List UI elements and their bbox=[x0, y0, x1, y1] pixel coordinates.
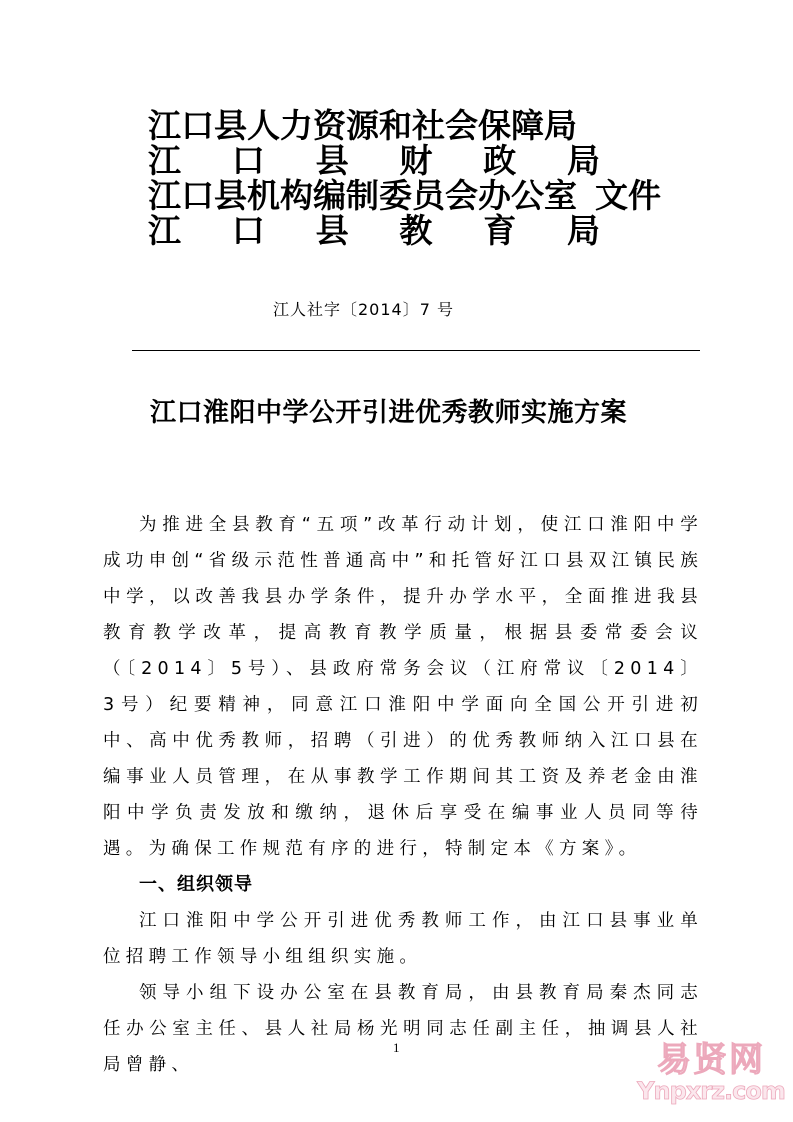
page-number: 1 bbox=[393, 1040, 400, 1056]
watermark-logo-text: 易贤网 bbox=[636, 1042, 786, 1078]
body-paragraph: 领导小组下设办公室在县教育局，由县教育局秦杰同志任办公室主任、县人社局杨光明同志… bbox=[103, 975, 703, 1083]
issuer-education-bureau: 江 口 县 教 育 局 bbox=[148, 213, 600, 248]
issuer-name: 江口县机构编制委员会办公室 bbox=[148, 178, 577, 213]
document-title: 江口淮阳中学公开引进优秀教师实施方案 bbox=[150, 392, 627, 429]
watermark-domain-text: Ynpxrz.com bbox=[636, 1078, 786, 1104]
section-heading: 一、组织领导 bbox=[103, 867, 703, 903]
document-number: 江人社字〔2014〕7 号 bbox=[273, 297, 454, 320]
header-divider bbox=[132, 350, 700, 351]
site-watermark: 易贤网 Ynpxrz.com bbox=[636, 1042, 786, 1104]
issuer-char: 局 bbox=[567, 213, 600, 248]
issuing-authorities-header: 江口县人力资源和社会保障局 江 口 县 财 政 局 江口县机构编制委员会办公室 … bbox=[148, 108, 661, 248]
document-suffix: 文件 bbox=[595, 178, 661, 213]
issuer-char: 口 bbox=[232, 213, 265, 248]
issuer-char: 政 bbox=[483, 143, 516, 178]
intro-paragraph: 为推进全县教育“五项”改革行动计划，使江口淮阳中学成功申创“省级示范性普通高中”… bbox=[103, 507, 703, 867]
issuer-char: 县 bbox=[316, 143, 349, 178]
issuer-char: 江 bbox=[148, 213, 181, 248]
issuer-char: 财 bbox=[399, 143, 432, 178]
document-body: 为推进全县教育“五项”改革行动计划，使江口淮阳中学成功申创“省级示范性普通高中”… bbox=[103, 507, 703, 1083]
issuer-staffing-committee: 江口县机构编制委员会办公室 文件 bbox=[148, 178, 661, 213]
issuer-char: 县 bbox=[316, 213, 349, 248]
issuer-finance-bureau: 江 口 县 财 政 局 bbox=[148, 143, 600, 178]
issuer-hrss-bureau: 江口县人力资源和社会保障局 bbox=[148, 108, 661, 143]
issuer-char: 口 bbox=[232, 143, 265, 178]
issuer-char: 江 bbox=[148, 143, 181, 178]
body-paragraph: 江口淮阳中学公开引进优秀教师工作，由江口县事业单位招聘工作领导小组组织实施。 bbox=[103, 903, 703, 975]
issuer-char: 育 bbox=[483, 213, 516, 248]
issuer-char: 局 bbox=[567, 143, 600, 178]
issuer-char: 教 bbox=[399, 213, 432, 248]
